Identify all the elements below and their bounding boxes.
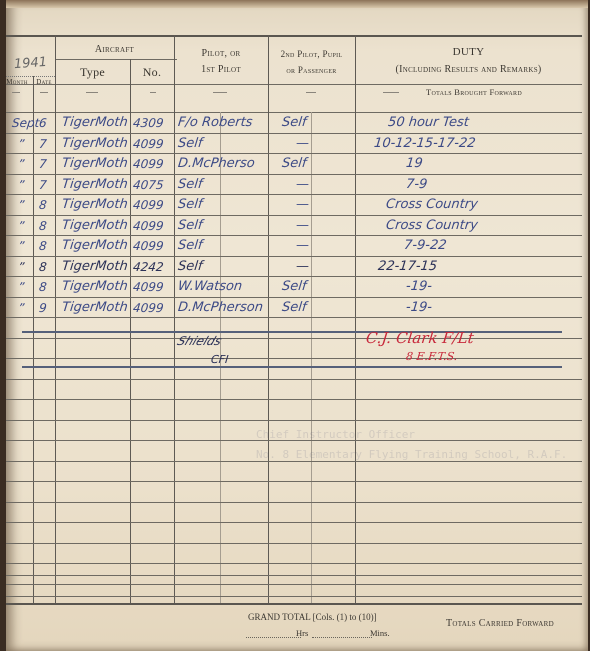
cell-second: Self	[281, 156, 307, 172]
dash-date	[40, 92, 48, 93]
row-rule	[6, 215, 582, 216]
cell-month: Sept	[11, 115, 40, 131]
col-line-second-duty	[355, 35, 356, 604]
cell-no: 4099	[132, 238, 164, 254]
signature-top-rule	[22, 331, 562, 333]
col-line-no-pilot	[174, 35, 175, 604]
cell-pilot: D.McPherson	[177, 300, 264, 316]
row-rule	[6, 276, 582, 277]
col-line-date-type	[55, 35, 56, 604]
dash-month	[12, 92, 20, 93]
footer-top-rule	[6, 603, 582, 605]
month-header: Month	[0, 76, 34, 88]
cell-duty: 19	[405, 156, 423, 172]
cell-type: TigerMoth	[61, 156, 128, 172]
cell-type: TigerMoth	[61, 238, 128, 254]
row-rule	[6, 194, 582, 195]
cfi-signature: Shields	[175, 333, 224, 349]
type-header: Type	[55, 66, 130, 78]
cell-date: 8	[38, 218, 47, 234]
cell-date: 7	[38, 136, 47, 152]
row-rule	[6, 379, 582, 380]
cell-month: ”	[17, 300, 25, 316]
cell-pilot: Self	[177, 197, 203, 213]
duty-header-1: DUTY	[355, 46, 582, 58]
cell-second: —	[295, 218, 310, 234]
pilot-header-1: Pilot, or	[174, 48, 268, 60]
cell-second: —	[295, 259, 310, 275]
row-rule	[6, 522, 582, 523]
cell-duty: 50 hour Test	[387, 115, 469, 131]
year-value: 1941	[14, 55, 48, 72]
cell-duty: 7-9	[405, 177, 428, 193]
cell-second: —	[295, 238, 310, 254]
row-rule	[6, 420, 582, 421]
cell-month: ”	[17, 197, 25, 213]
dash-no	[150, 92, 156, 93]
bottom-rule-2	[6, 596, 582, 597]
cell-month: ”	[17, 177, 25, 193]
cell-date: 8	[38, 238, 47, 254]
cell-pilot: D.McPherso	[177, 156, 255, 172]
cell-no: 4242	[132, 259, 164, 275]
cell-type: TigerMoth	[61, 115, 128, 131]
second-pilot-header-2: or Passenger	[268, 64, 355, 76]
cell-month: ”	[17, 218, 25, 234]
header-bottom-rule	[6, 84, 582, 85]
bottom-rule-1	[6, 575, 582, 576]
cell-pilot: Self	[177, 136, 203, 152]
cell-month: ”	[17, 259, 25, 275]
col-line-pilot-second	[268, 35, 269, 604]
cell-no: 4099	[132, 279, 164, 295]
pilot-header-2: 1st Pilot	[174, 64, 268, 76]
row-rule	[6, 317, 582, 318]
grand-total-label: GRAND TOTAL [Cols. (1) to (10)]	[248, 612, 377, 622]
cell-duty: -19-	[405, 300, 433, 316]
row-rule	[6, 153, 582, 154]
cell-date: 7	[38, 177, 47, 193]
cell-date: 8	[38, 197, 47, 213]
cell-duty: Cross Country	[385, 218, 478, 234]
cell-month: ”	[17, 279, 25, 295]
cell-duty: 7-9-22	[403, 238, 447, 254]
row-rule	[6, 502, 582, 503]
duty-header-2: (Including Results and Remarks)	[355, 64, 582, 76]
cell-type: TigerMoth	[61, 259, 128, 275]
hrs-label: Hrs	[296, 628, 308, 638]
cell-pilot: Self	[177, 259, 203, 275]
row-rule	[6, 543, 582, 544]
mins-field	[312, 637, 372, 638]
signature-bottom-rule	[22, 366, 562, 368]
show-through-text: Chief Instructor Officer	[256, 428, 415, 441]
cell-no: 4099	[132, 218, 164, 234]
cell-date: 8	[38, 259, 47, 275]
cell-no: 4099	[132, 197, 164, 213]
cell-type: TigerMoth	[61, 136, 128, 152]
row-rule	[6, 235, 582, 236]
aircraft-header: Aircraft	[55, 44, 174, 56]
row-rule	[6, 256, 582, 257]
cell-second: Self	[281, 279, 307, 295]
cell-second: Self	[281, 300, 307, 316]
page-top-edge	[6, 0, 588, 8]
row-rule	[6, 399, 582, 400]
cell-pilot: Self	[177, 218, 203, 234]
logbook-page: 1941 Month Date Aircraft Type No. Pilot,…	[6, 0, 588, 651]
red-unit: 8 E.F.T.S.	[405, 349, 458, 365]
cell-date: 9	[38, 300, 47, 316]
red-signature: C.J. Clark F/Lt	[365, 330, 474, 346]
cell-date: 8	[38, 279, 47, 295]
cell-month: ”	[17, 136, 25, 152]
cell-pilot: F/o Roberts	[177, 115, 253, 131]
date-header: Date	[33, 76, 55, 88]
mins-label: Mins.	[370, 628, 390, 638]
cell-month: ”	[17, 156, 25, 172]
dash-pilot	[213, 92, 227, 93]
cell-no: 4309	[132, 115, 164, 131]
cfi-label: CFI	[210, 352, 229, 368]
totals-brought-forward: Totals Brought Forward	[426, 86, 566, 98]
cell-date: 7	[38, 156, 47, 172]
row-rule	[6, 174, 582, 175]
cell-type: TigerMoth	[61, 177, 128, 193]
cell-no: 4099	[132, 136, 164, 152]
cell-duty: Cross Country	[385, 197, 478, 213]
header-top-rule	[6, 35, 582, 37]
row-rule	[6, 338, 582, 339]
dash-type	[86, 92, 98, 93]
row-rule	[6, 461, 582, 462]
cell-month: ”	[17, 238, 25, 254]
cell-second: —	[295, 197, 310, 213]
cell-second: —	[295, 177, 310, 193]
no-header: No.	[130, 66, 174, 78]
cell-type: TigerMoth	[61, 300, 128, 316]
hrs-field	[246, 637, 301, 638]
cell-duty: 10-12-15-17-22	[373, 136, 476, 152]
cell-no: 4075	[132, 177, 164, 193]
cell-pilot: Self	[177, 238, 203, 254]
cell-type: TigerMoth	[61, 218, 128, 234]
col-line-month-date	[33, 76, 34, 604]
row-rule	[6, 297, 582, 298]
row-rule	[6, 481, 582, 482]
dash-duty	[383, 92, 399, 93]
cell-duty: -19-	[405, 279, 433, 295]
cell-pilot: Self	[177, 177, 203, 193]
show-through-text: No. 8 Elementary Flying Training School,…	[256, 448, 567, 461]
row-rule	[6, 584, 582, 585]
cell-duty: 22-17-15	[377, 259, 438, 275]
row-rule	[6, 133, 582, 134]
row-rule	[6, 358, 582, 359]
cell-no: 4099	[132, 300, 164, 316]
cell-pilot: W.Watson	[177, 279, 243, 295]
cell-second: —	[295, 136, 310, 152]
aircraft-subheader-rule	[55, 59, 177, 60]
totals-carried-forward: Totals Carried Forward	[446, 618, 554, 629]
cell-type: TigerMoth	[61, 279, 128, 295]
dash-second	[306, 92, 316, 93]
cell-date: 6	[38, 115, 47, 131]
brought-forward-rule	[6, 112, 582, 113]
cell-no: 4099	[132, 156, 164, 172]
second-pilot-header-1: 2nd Pilot, Pupil	[268, 48, 355, 60]
cell-type: TigerMoth	[61, 197, 128, 213]
cell-second: Self	[281, 115, 307, 131]
row-rule	[6, 563, 582, 564]
